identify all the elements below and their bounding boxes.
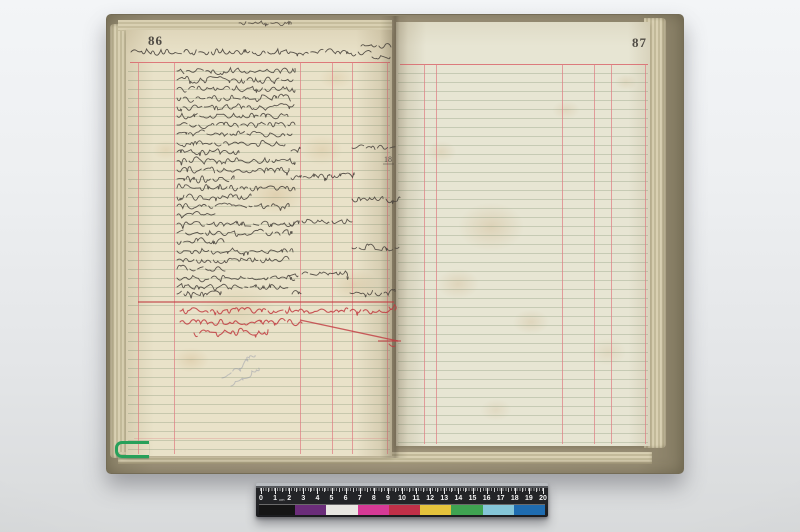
ruler-half-cm-tick [367, 488, 368, 492]
ruler-colour-patch [451, 505, 482, 515]
ruler-half-cm-tick [423, 488, 424, 492]
ruler-half-cm-tick [296, 488, 297, 492]
ruler-cm-tick [275, 488, 276, 494]
photo-scale-ruler: 01234567891011121314151617181920cm [256, 483, 548, 517]
right-page-column-rule [562, 64, 563, 444]
left-page-column-rule [332, 62, 333, 454]
ruler-number: 16 [481, 495, 493, 502]
ruler-cm-tick [360, 488, 361, 494]
ruler-half-cm-tick [324, 488, 325, 492]
ruler-number: 11 [410, 495, 422, 502]
left-page-column-rule [300, 62, 301, 454]
ruler-number: 2 [283, 495, 295, 502]
ruler-cm-tick [332, 488, 333, 494]
right-page-column-rule [611, 64, 612, 444]
ruler-half-cm-tick [508, 488, 509, 492]
ruler-half-cm-tick [339, 488, 340, 492]
ruler-number: 8 [368, 495, 380, 502]
ruler-cm-tick [388, 488, 389, 494]
left-page-column-rule [387, 62, 388, 454]
ruler-half-cm-tick [282, 488, 283, 492]
ruler-cm-tick [458, 488, 459, 494]
ruler-number: 4 [311, 495, 323, 502]
right-page: 87 [396, 22, 650, 446]
green-clip [115, 441, 149, 458]
left-page-column-rule [352, 62, 353, 454]
ruler-number: 10 [396, 495, 408, 502]
ruler-cm-tick [303, 488, 304, 494]
ruler-cm-tick [487, 488, 488, 494]
ruler-cm-tick [402, 488, 403, 494]
ruler-half-cm-tick [465, 488, 466, 492]
ruler-number: 0 [255, 495, 267, 502]
right-page-column-rule [594, 64, 595, 444]
ruler-cm-tick [473, 488, 474, 494]
ruler-half-cm-tick [494, 488, 495, 492]
ruler-number: 15 [467, 495, 479, 502]
ruler-cm-tick [416, 488, 417, 494]
ruler-colour-patches [259, 504, 545, 515]
ruler-half-cm-tick [451, 488, 452, 492]
left-page-column-rule [174, 62, 175, 454]
ruler-cm-tick [430, 488, 431, 494]
left-page-header-rule [130, 62, 390, 63]
ruler-colour-patch [295, 505, 326, 515]
ruler-half-cm-tick [381, 488, 382, 492]
ruler-half-cm-tick [480, 488, 481, 492]
left-page-bottom-rule [134, 438, 388, 439]
ruler-colour-patch [389, 505, 420, 515]
ruler-cm-tick [261, 488, 262, 494]
ruler-number: 12 [424, 495, 436, 502]
ruler-number: 17 [495, 495, 507, 502]
ruler-cm-tick [374, 488, 375, 494]
ruler-cm-tick [501, 488, 502, 494]
right-page-column-rule [645, 64, 646, 444]
ruler-unit-label: cm [279, 497, 284, 502]
left-page-column-rule [138, 62, 139, 454]
right-page-column-rule [424, 64, 425, 444]
ruler-number: 14 [452, 495, 464, 502]
page-stack-edge-left [110, 24, 127, 458]
ruler-colour-patch [514, 505, 545, 515]
ruler-number: 20 [537, 495, 549, 502]
ruler-half-cm-tick [353, 488, 354, 492]
ruler-number: 13 [438, 495, 450, 502]
left-page-ruling [128, 63, 390, 454]
ruler-colour-patch [420, 505, 451, 515]
ruler-cm-tick [543, 488, 544, 494]
left-page-number: 86 [148, 33, 163, 49]
ruler-number: 5 [326, 495, 338, 502]
ruler-number: 18 [509, 495, 521, 502]
ruler-colour-patch [326, 505, 357, 515]
ruler-half-cm-tick [395, 488, 396, 492]
ruler-number: 19 [523, 495, 535, 502]
ruler-number: 7 [354, 495, 366, 502]
ruler-number: 9 [382, 495, 394, 502]
right-page-column-rule [436, 64, 437, 444]
right-page-number: 87 [632, 35, 647, 51]
ruler-half-cm-tick [310, 488, 311, 492]
ruler-cm-tick [529, 488, 530, 494]
ruler-cm-tick [317, 488, 318, 494]
ruler-half-cm-tick [536, 488, 537, 492]
photo-scene: 86 87 18 0123456789101112131415161718192… [0, 0, 800, 532]
ruler-half-cm-tick [409, 488, 410, 492]
ruler-number: 6 [340, 495, 352, 502]
ruler-cm-tick [289, 488, 290, 494]
ruler-colour-patch [358, 505, 389, 515]
ruler-colour-patch [259, 505, 295, 515]
ruler-cm-tick [515, 488, 516, 494]
ruler-half-cm-tick [268, 488, 269, 492]
ruler-half-cm-tick [437, 488, 438, 492]
ruler-cm-tick [346, 488, 347, 494]
ruler-number: 3 [297, 495, 309, 502]
ruler-colour-patch [483, 505, 514, 515]
ruler-cm-tick [444, 488, 445, 494]
ruler-half-cm-tick [522, 488, 523, 492]
left-page: 86 [126, 30, 392, 456]
